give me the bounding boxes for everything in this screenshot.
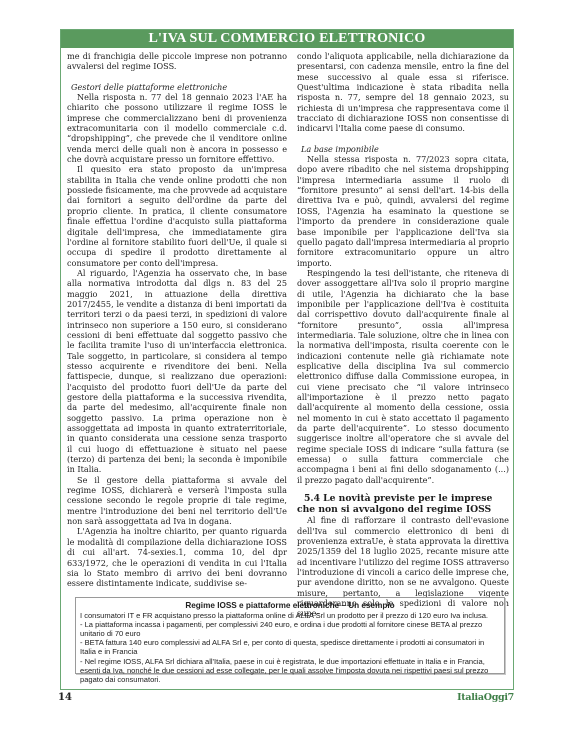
paragraph: Al riguardo, l'Agenzia ha osservato che,… [67,268,287,475]
page-number: 14 [58,692,72,703]
example-line: - Nel regime IOSS, ALFA Srl dichiara all… [80,657,500,685]
paragraph: Se il gestore della piattaforma si avval… [67,475,287,527]
paragraph: Respingendo la tesi dell'istante, che ri… [297,268,509,485]
paragraph: Nella stessa risposta n. 77/2023 sopra c… [297,154,509,268]
article-frame: L'IVA SUL COMMERCIO ELETTRONICO me di fr… [60,29,514,690]
right-column: condo l'aliquota applicabile, nella dich… [297,51,509,619]
paragraph: me di franchigia delle piccole imprese n… [67,51,287,72]
section-title-5-4: 5.4 Le novità previste per le imprese ch… [297,494,509,515]
section-header: L'IVA SUL COMMERCIO ELETTRONICO [61,30,513,48]
subhead-gestori-piattaforme: Gestori delle piattaforme elettroniche [67,82,287,92]
example-line: - La piattaforma incassa i pagamenti, pe… [80,620,500,638]
subhead-base-imponibile: La base imponibile [297,144,509,154]
example-line: I consumatori IT e FR acquistano presso … [80,611,500,620]
left-column: me di franchigia delle piccole imprese n… [67,51,287,589]
example-box-title: Regime IOSS e piattaforme elettroniche –… [80,601,500,611]
paragraph: L'Agenzia ha inoltre chiarito, per quant… [67,526,287,588]
paragraph: Il quesito era stato proposto da un'impr… [67,164,287,267]
paragraph: Nella risposta n. 77 del 18 gennaio 2023… [67,92,287,164]
paragraph: condo l'aliquota applicabile, nella dich… [297,51,509,134]
example-box: Regime IOSS e piattaforme elettroniche –… [75,597,505,674]
brand-logo: ItaliaOggi7 [457,692,514,703]
example-line: - BETA fattura 140 euro complessivi ad A… [80,638,500,656]
